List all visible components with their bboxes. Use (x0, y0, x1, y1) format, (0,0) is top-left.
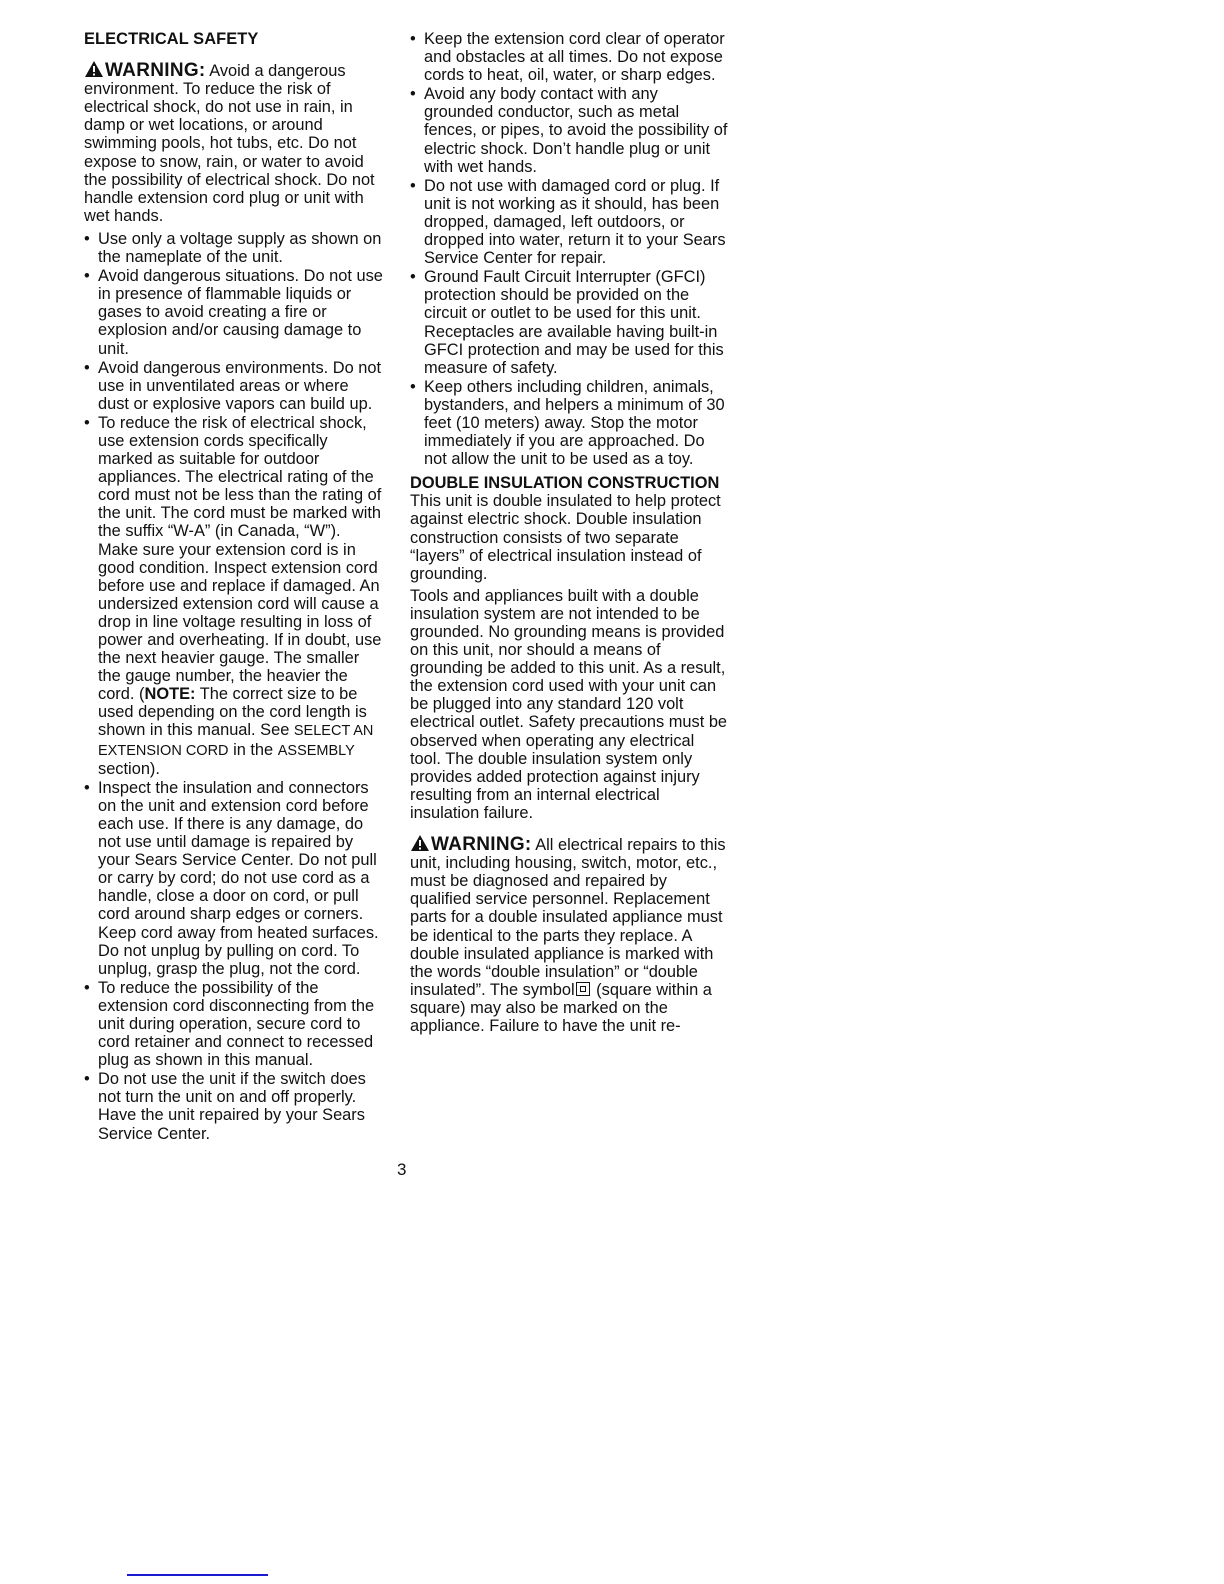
warning-label: WARNING: (105, 60, 206, 81)
safety-bullet-list: Use only a voltage supply as shown on th… (84, 230, 384, 1143)
list-item: Avoid any body contact with any grounded… (410, 85, 728, 175)
list-item: To reduce the possibility of the extensi… (84, 979, 384, 1069)
list-item: To reduce the risk of electrical shock, … (84, 414, 384, 778)
list-item: Do not use the unit if the switch does n… (84, 1070, 384, 1142)
note-label: NOTE: (144, 685, 195, 703)
section-heading-electrical-safety: ELECTRICAL SAFETY (84, 30, 384, 48)
note-close: section). (98, 760, 160, 778)
square-within-square-icon (576, 982, 590, 996)
list-item: Keep the extension cord clear of operato… (410, 30, 728, 84)
list-item: Do not use with damaged cord or plug. If… (410, 177, 728, 267)
page-number: 3 (397, 1160, 406, 1180)
right-column: Keep the extension cord clear of operato… (410, 30, 728, 1040)
safety-bullet-list-continued: Keep the extension cord clear of operato… (410, 30, 728, 468)
section-heading-double-insulation: DOUBLE INSULATION CONSTRUCTION (410, 474, 728, 492)
note-text-2: in the (229, 741, 278, 759)
note-ref-assembly: ASSEMBLY (278, 743, 355, 759)
left-column: ELECTRICAL SAFETY WARNING: Avoid a dange… (84, 30, 384, 1144)
warning-triangle-icon (84, 60, 104, 78)
list-item: Keep others including children, animals,… (410, 378, 728, 468)
list-item: Ground Fault Circuit Interrupter (GFCI) … (410, 268, 728, 377)
footer-rule (127, 1574, 268, 1576)
paragraph: This unit is double insulated to help pr… (410, 492, 728, 582)
warning-block: WARNING: Avoid a dangerous environment. … (84, 60, 384, 225)
warning-triangle-icon (410, 834, 430, 852)
warning-block-repairs: WARNING: All electrical repairs to this … (410, 834, 728, 1035)
list-item: Inspect the insulation and connectors on… (84, 779, 384, 978)
list-item: Avoid dangerous environments. Do not use… (84, 359, 384, 413)
extension-cord-text: To reduce the risk of electrical shock, … (98, 414, 381, 703)
list-item: Use only a voltage supply as shown on th… (84, 230, 384, 266)
warning-label: WARNING: (431, 834, 532, 855)
warning-text: Avoid a dangerous environment. To reduce… (84, 62, 375, 225)
warning-text: All electrical repairs to this unit, inc… (410, 836, 726, 999)
paragraph: Tools and appliances built with a double… (410, 587, 728, 822)
list-item: Avoid dangerous situations. Do not use i… (84, 267, 384, 357)
